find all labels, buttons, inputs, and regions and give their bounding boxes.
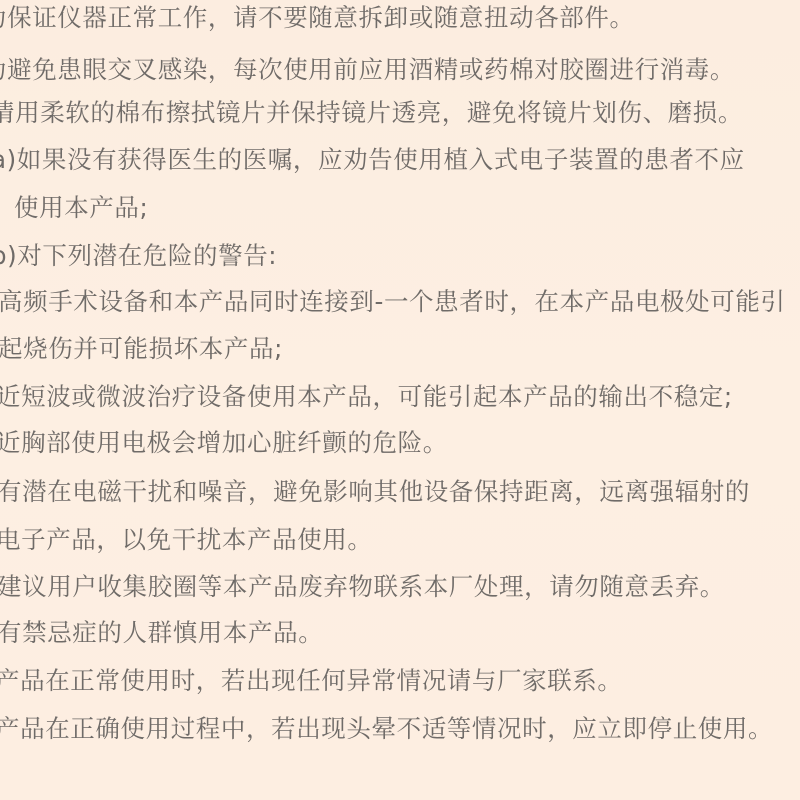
text-line-2: 为避免患眼交叉感染，每次使用前应用酒精或药棉对胶圈进行消毒。 xyxy=(0,55,735,85)
text-line-1: 为保证仪器正常工作，请不要随意拆卸或随意扭动各部件。 xyxy=(0,3,635,33)
text-line-10: 近胸部使用电极会增加心脏纤颤的危险。 xyxy=(0,428,448,458)
document-page: 为保证仪器正常工作，请不要随意拆卸或随意扭动各部件。 为避免患眼交叉感染，每次使… xyxy=(0,0,800,800)
text-line-4: a)如果没有获得医生的医嘱，应劝告使用植入式电子装置的患者不应 xyxy=(0,145,745,175)
text-line-9: 近短波或微波治疗设备使用本产品，可能引起本产品的输出不稳定; xyxy=(0,382,733,412)
text-line-16: 产品在正确使用过程中，若出现头晕不适等情况时，应立即停止使用。 xyxy=(0,714,773,744)
text-line-3: 请用柔软的棉布擦拭镜片并保持镜片透亮，避免将镜片划伤、磨损。 xyxy=(0,98,743,128)
text-line-5: 使用本产品; xyxy=(14,193,148,223)
text-line-6: b)对下列潜在危险的警告: xyxy=(0,241,277,271)
text-line-14: 有禁忌症的人群慎用本产品。 xyxy=(0,618,323,648)
text-line-11: 有潜在电磁干扰和噪音，避免影响其他设备保持距离，远离强辐射的 xyxy=(0,477,750,507)
text-line-15: 产品在正常使用时，若出现任何异常情况请与厂家联系。 xyxy=(0,666,623,696)
text-line-12: 电子产品，以免干扰本产品使用。 xyxy=(0,525,373,555)
text-line-13: 建议用户收集胶圈等本产品废弃物联系本厂处理，请勿随意丢弃。 xyxy=(0,572,725,602)
text-line-7: 高频手术设备和本产品同时连接到-一个患者时，在本产品电极处可能引 xyxy=(0,287,786,317)
text-line-8: 起烧伤并可能损坏本产品; xyxy=(0,334,283,364)
